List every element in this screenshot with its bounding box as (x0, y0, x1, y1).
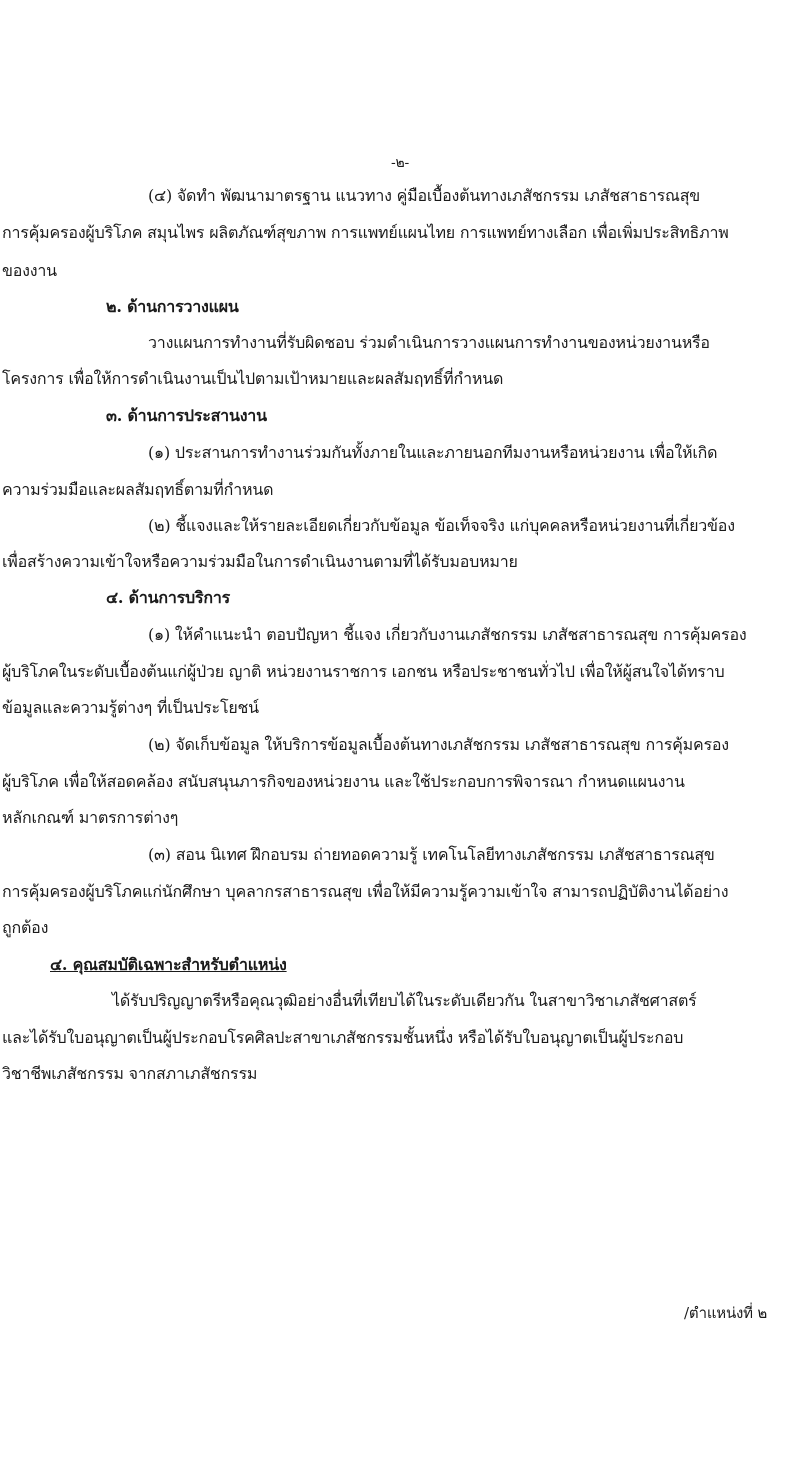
paragraph-line: (๒) จัดเก็บข้อมูล ให้บริการข้อมูลเบื้องต… (148, 734, 729, 756)
paragraph-line: โครงการ เพื่อให้การดำเนินงานเป็นไปตามเป้… (2, 368, 503, 390)
paragraph-line: (๑) ประสานการทำงานร่วมกันทั้งภายในและภาย… (148, 442, 717, 464)
continuation-note: /ตำแหน่งที่ ๒ (684, 1302, 767, 1324)
paragraph-line: การคุ้มครองผู้บริโภคแก่นักศึกษา บุคลากรส… (2, 881, 728, 903)
section-heading-qualifications: ๔. คุณสมบัติเฉพาะสำหรับตำแหน่ง (50, 954, 287, 976)
section-heading-planning: ๒. ด้านการวางแผน (106, 296, 239, 318)
paragraph-line: หลักเกณฑ์ มาตรการต่างๆ (2, 807, 178, 829)
page-number: -๒- (0, 152, 800, 174)
paragraph-line: การคุ้มครองผู้บริโภค สมุนไพร ผลิตภัณฑ์สุ… (2, 222, 729, 244)
document-page: -๒- (๔) จัดทำ พัฒนามาตรฐาน แนวทาง คู่มือ… (0, 0, 800, 1466)
paragraph-line: (๒) ชี้แจงและให้รายละเอียดเกี่ยวกับข้อมู… (148, 515, 735, 537)
section-heading-coordination: ๓. ด้านการประสานงาน (106, 405, 267, 427)
paragraph-line: เพื่อสร้างความเข้าใจหรือความร่วมมือในการ… (2, 551, 518, 573)
section-heading-service: ๔. ด้านการบริการ (106, 587, 230, 609)
paragraph-line: และได้รับใบอนุญาตเป็นผู้ประกอบโรคศิลปะสา… (2, 1027, 683, 1049)
paragraph-line: วางแผนการทำงานที่รับผิดชอบ ร่วมดำเนินการ… (148, 332, 710, 354)
paragraph-line: ข้อมูลและความรู้ต่างๆ ที่เป็นประโยชน์ (2, 697, 259, 719)
paragraph-line: วิชาชีพเภสัชกรรม จากสภาเภสัชกรรม (2, 1063, 257, 1085)
paragraph-line: ของงาน (2, 260, 57, 282)
paragraph-line: ถูกต้อง (2, 917, 48, 939)
paragraph-line: (๔) จัดทำ พัฒนามาตรฐาน แนวทาง คู่มือเบื้… (148, 185, 700, 207)
paragraph-line: ผู้บริโภคในระดับเบื้องต้นแก่ผู้ป่วย ญาติ… (2, 661, 724, 683)
paragraph-line: (๓) สอน นิเทศ ฝึกอบรม ถ่ายทอดความรู้ เทค… (148, 844, 715, 866)
paragraph-line: ผู้บริโภค เพื่อให้สอดคล้อง สนับสนุนภารกิ… (2, 771, 685, 793)
paragraph-line: ความร่วมมือและผลสัมฤทธิ์ตามที่กำหนด (2, 479, 273, 501)
paragraph-line: (๑) ให้คำแนะนำ ตอบปัญหา ชี้แจง เกี่ยวกับ… (148, 624, 746, 646)
paragraph-line: ได้รับปริญญาตรีหรือคุณวุฒิอย่างอื่นที่เท… (112, 990, 697, 1012)
